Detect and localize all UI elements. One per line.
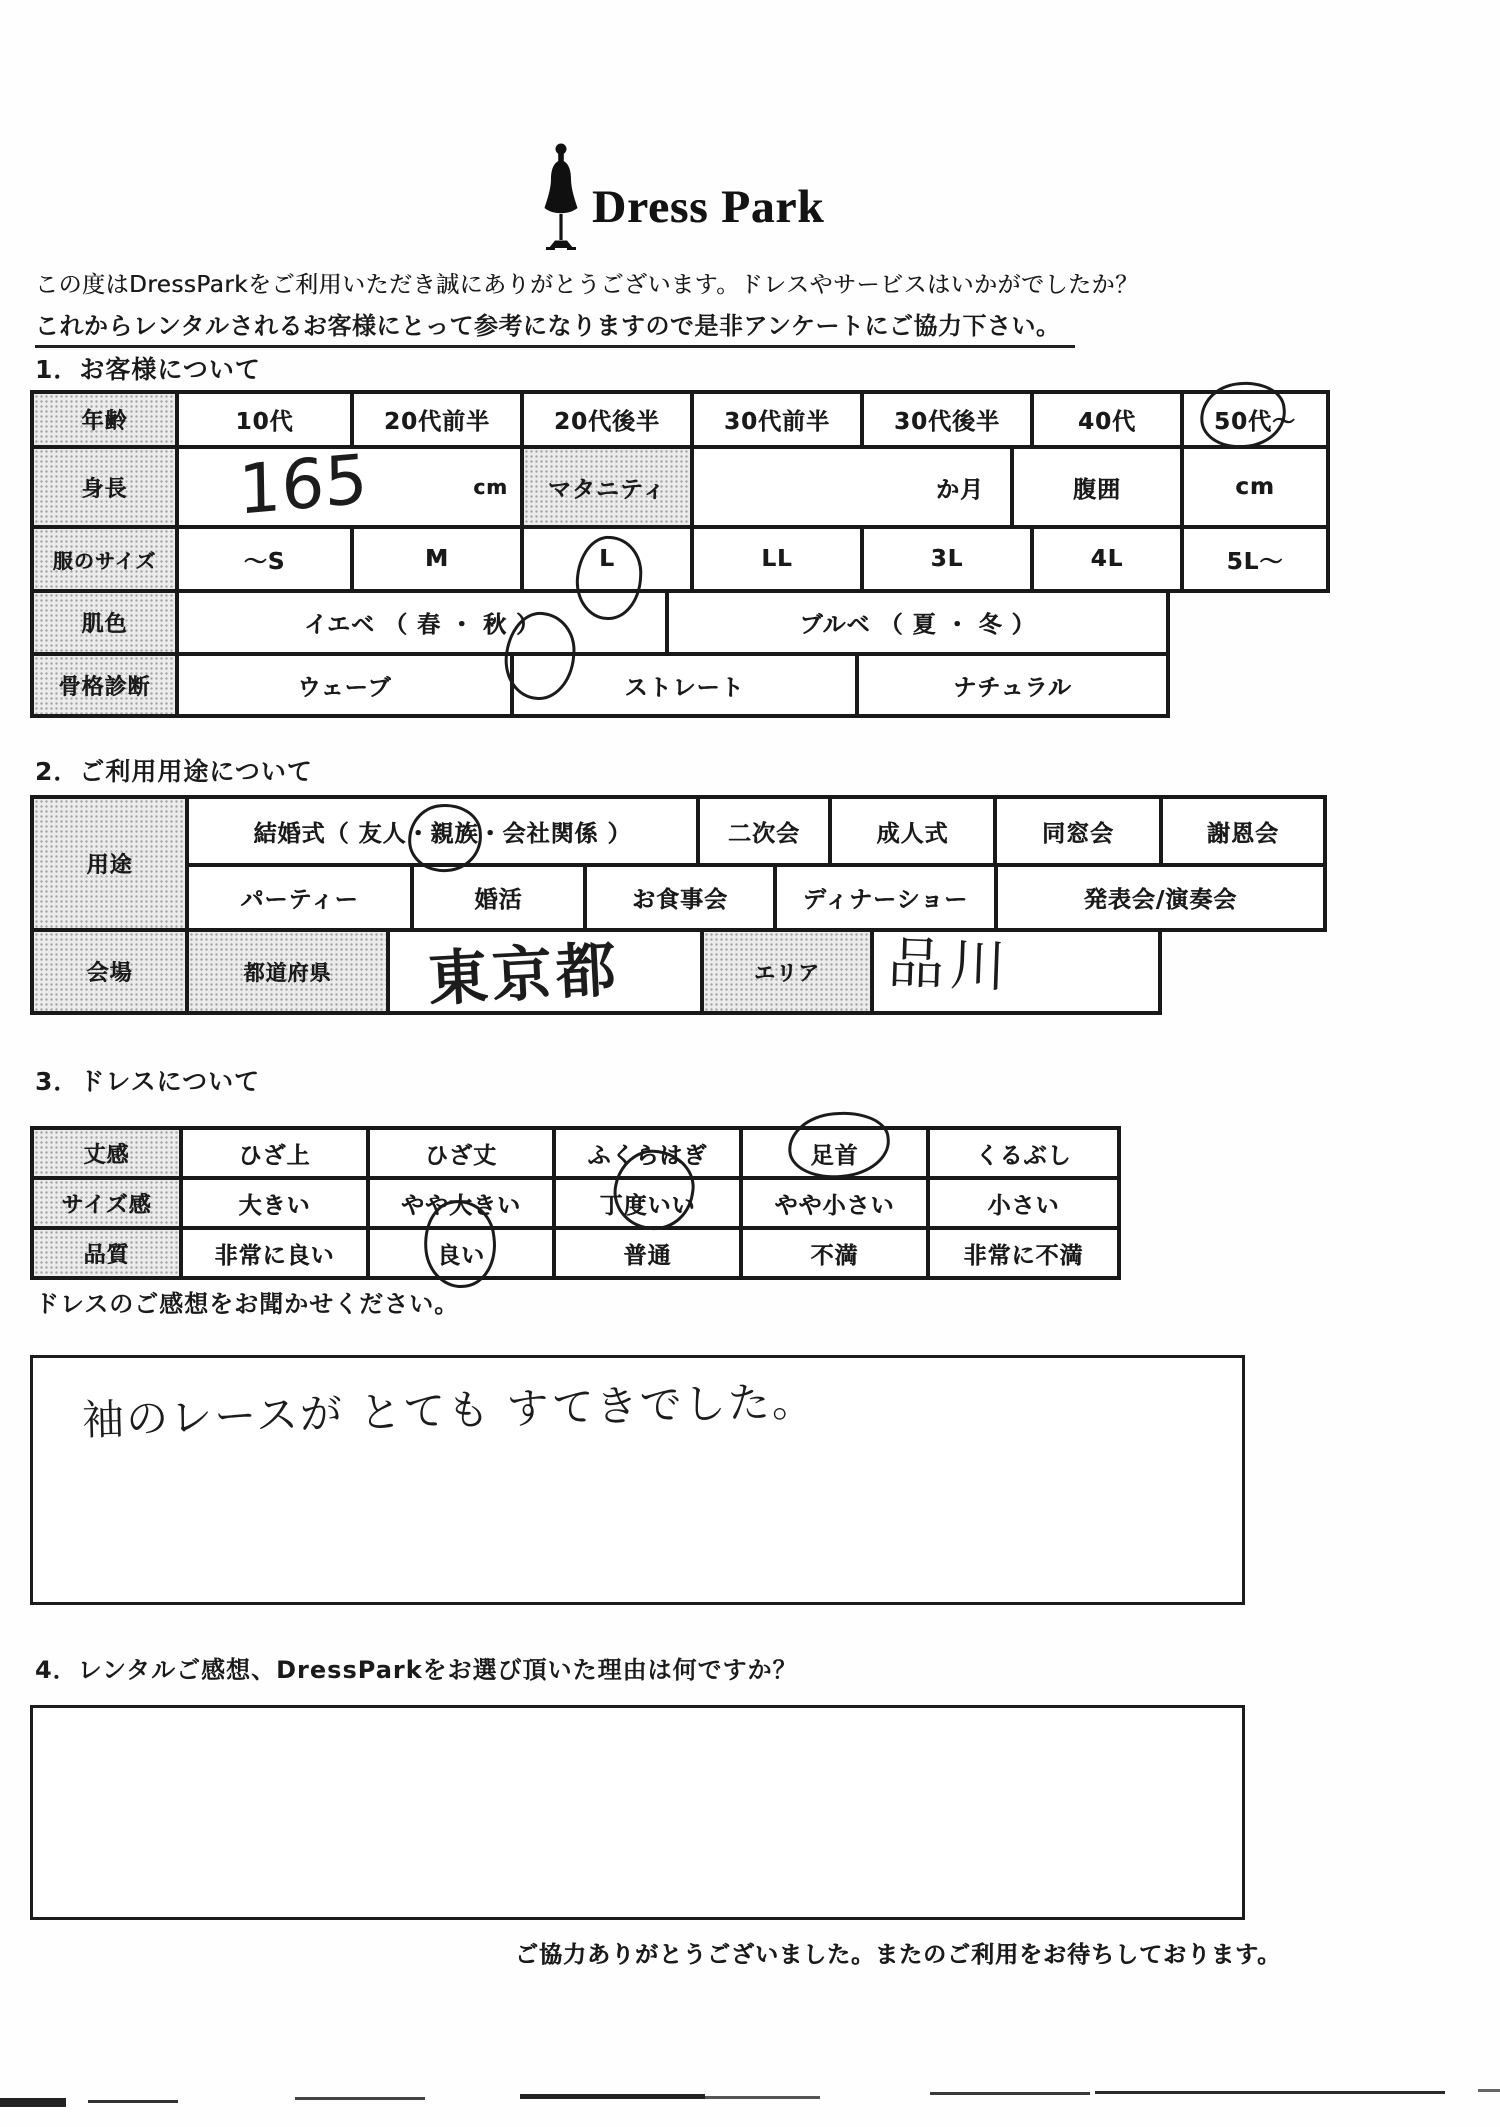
option-cell: 5L～	[1184, 529, 1326, 589]
waist-label-cell: 腹囲	[1014, 449, 1184, 525]
option-cell: 40代	[1034, 394, 1184, 445]
length-row: 丈感 ひざ上 ひざ丈 ふくらはぎ 足首 くるぶし	[30, 1126, 1121, 1180]
option-cell: 二次会	[700, 799, 832, 863]
option-cell: やや小さい	[743, 1180, 930, 1226]
scan-artifact	[1095, 2091, 1445, 2094]
cm-unit-label: cm	[473, 475, 508, 499]
age-row: 年齢 10代 20代前半 20代後半 30代前半 30代後半 40代 50代～	[30, 390, 1330, 449]
scan-artifact	[930, 2092, 1090, 2095]
length-header: 丈感	[34, 1130, 183, 1176]
area-label-cell: エリア	[704, 932, 874, 1011]
option-cell: 非常に良い	[183, 1230, 370, 1276]
option-cell: 4L	[1034, 529, 1184, 589]
skin-tone-header: 肌色	[34, 593, 179, 652]
option-cell: 大きい	[183, 1180, 370, 1226]
scan-artifact	[1478, 2089, 1500, 2092]
customer-table: 年齢 10代 20代前半 20代後半 30代前半 30代後半 40代 50代～ …	[30, 390, 1330, 718]
option-cell: ひざ丈	[370, 1130, 556, 1176]
handwritten-prefecture: 東京都	[427, 940, 622, 1010]
logo: Dress Park	[540, 142, 824, 258]
scan-artifact	[88, 2100, 178, 2103]
dress-feedback-prompt: ドレスのご感想をお聞かせください。	[35, 1284, 459, 1319]
section-3-heading: 3．ドレスについて	[35, 1062, 260, 1098]
intro-line-1: この度はDressParkをご利用いただき誠にありがとうございます。ドレスやサー…	[35, 266, 1138, 299]
option-cell: ひざ上	[183, 1130, 370, 1176]
section-4-heading: 4．レンタルご感想、DressParkをお選び頂いた理由は何ですか？	[35, 1650, 798, 1685]
option-cell: 20代前半	[354, 394, 524, 445]
scan-artifact	[0, 2098, 66, 2107]
prefecture-label-cell: 都道府県	[189, 932, 390, 1011]
option-cell: 同窓会	[997, 799, 1163, 863]
age-row-header: 年齢	[34, 394, 179, 445]
scan-artifact	[295, 2097, 425, 2100]
clothing-size-row: 服のサイズ ～S M L LL 3L 4L 5L～	[30, 525, 1330, 593]
option-cell: 20代後半	[524, 394, 694, 445]
option-cell: パーティー	[189, 867, 414, 928]
option-cell: 成人式	[832, 799, 997, 863]
option-cell: 発表会/演奏会	[998, 867, 1323, 928]
option-cell: M	[354, 529, 524, 589]
dress-form-icon	[540, 142, 582, 258]
quality-row: 品質 非常に良い 良い 普通 不満 非常に不満	[30, 1226, 1121, 1280]
option-cell: ～S	[179, 529, 354, 589]
scan-artifact	[520, 2094, 705, 2099]
survey-form-page: Dress Park この度はDressParkをご利用いただき誠にありがとうご…	[0, 0, 1500, 2127]
option-cell: 不満	[743, 1230, 930, 1276]
option-cell: ディナーショー	[777, 867, 998, 928]
usage-table: 用途 結婚式（ 友人・親族・会社関係 ） 二次会 成人式 同窓会 謝恩会 パーテ…	[30, 795, 1327, 1015]
option-cell: 謝恩会	[1163, 799, 1323, 863]
purpose-row-1: 結婚式（ 友人・親族・会社関係 ） 二次会 成人式 同窓会 謝恩会	[189, 799, 1323, 867]
maternity-cell: マタニティ	[524, 449, 694, 525]
intro-line-2: これからレンタルされるお客様にとって参考になりますので是非アンケートにご協力下さ…	[35, 306, 1075, 348]
option-cell: 30代後半	[864, 394, 1034, 445]
clothing-size-header: 服のサイズ	[34, 529, 179, 589]
footer-thanks: ご協力ありがとうございました。またのご利用をお待ちしております。	[515, 1936, 1281, 1969]
purpose-rows: 用途 結婚式（ 友人・親族・会社関係 ） 二次会 成人式 同窓会 謝恩会 パーテ…	[30, 795, 1327, 932]
option-cell: 婚活	[414, 867, 587, 928]
height-row: 身長 cm マタニティ か月 腹囲 cm	[30, 445, 1330, 529]
option-cell: くるぶし	[930, 1130, 1117, 1176]
height-row-header: 身長	[34, 449, 179, 525]
option-cell: ウェーブ	[179, 656, 514, 714]
handwritten-height: 165	[238, 446, 368, 525]
option-cell: 普通	[556, 1230, 743, 1276]
quality-header: 品質	[34, 1230, 183, 1276]
option-cell: ブルベ （ 夏 ・ 冬 ）	[669, 593, 1166, 652]
fit-row: サイズ感 大きい やや大きい 丁度いい やや小さい 小さい	[30, 1176, 1121, 1230]
option-cell: 10代	[179, 394, 354, 445]
venue-header: 会場	[34, 932, 189, 1011]
brand-name: Dress Park	[592, 180, 824, 234]
fit-header: サイズ感	[34, 1180, 183, 1226]
option-cell: LL	[694, 529, 864, 589]
months-cell: か月	[694, 449, 1014, 525]
option-cell: 小さい	[930, 1180, 1117, 1226]
dress-table: 丈感 ひざ上 ひざ丈 ふくらはぎ 足首 くるぶし サイズ感 大きい やや大きい …	[30, 1126, 1121, 1280]
option-cell: 非常に不満	[930, 1230, 1117, 1276]
section-1-heading: 1．お客様について	[35, 350, 261, 386]
rental-feedback-box	[30, 1705, 1245, 1920]
frame-diagnosis-header: 骨格診断	[34, 656, 179, 714]
handwritten-area: 品川	[887, 936, 1013, 996]
scan-artifact	[705, 2096, 820, 2099]
section-2-heading: 2．ご利用用途について	[35, 752, 313, 788]
option-cell: ナチュラル	[859, 656, 1166, 714]
purpose-row-2: パーティー 婚活 お食事会 ディナーショー 発表会/演奏会	[189, 867, 1323, 928]
frame-diagnosis-row: 骨格診断 ウェーブ ストレート ナチュラル	[30, 652, 1170, 718]
purpose-header: 用途	[34, 799, 189, 928]
option-cell: 30代前半	[694, 394, 864, 445]
option-cell: お食事会	[587, 867, 777, 928]
option-cell: 3L	[864, 529, 1034, 589]
waist-unit-cell: cm	[1184, 449, 1326, 525]
